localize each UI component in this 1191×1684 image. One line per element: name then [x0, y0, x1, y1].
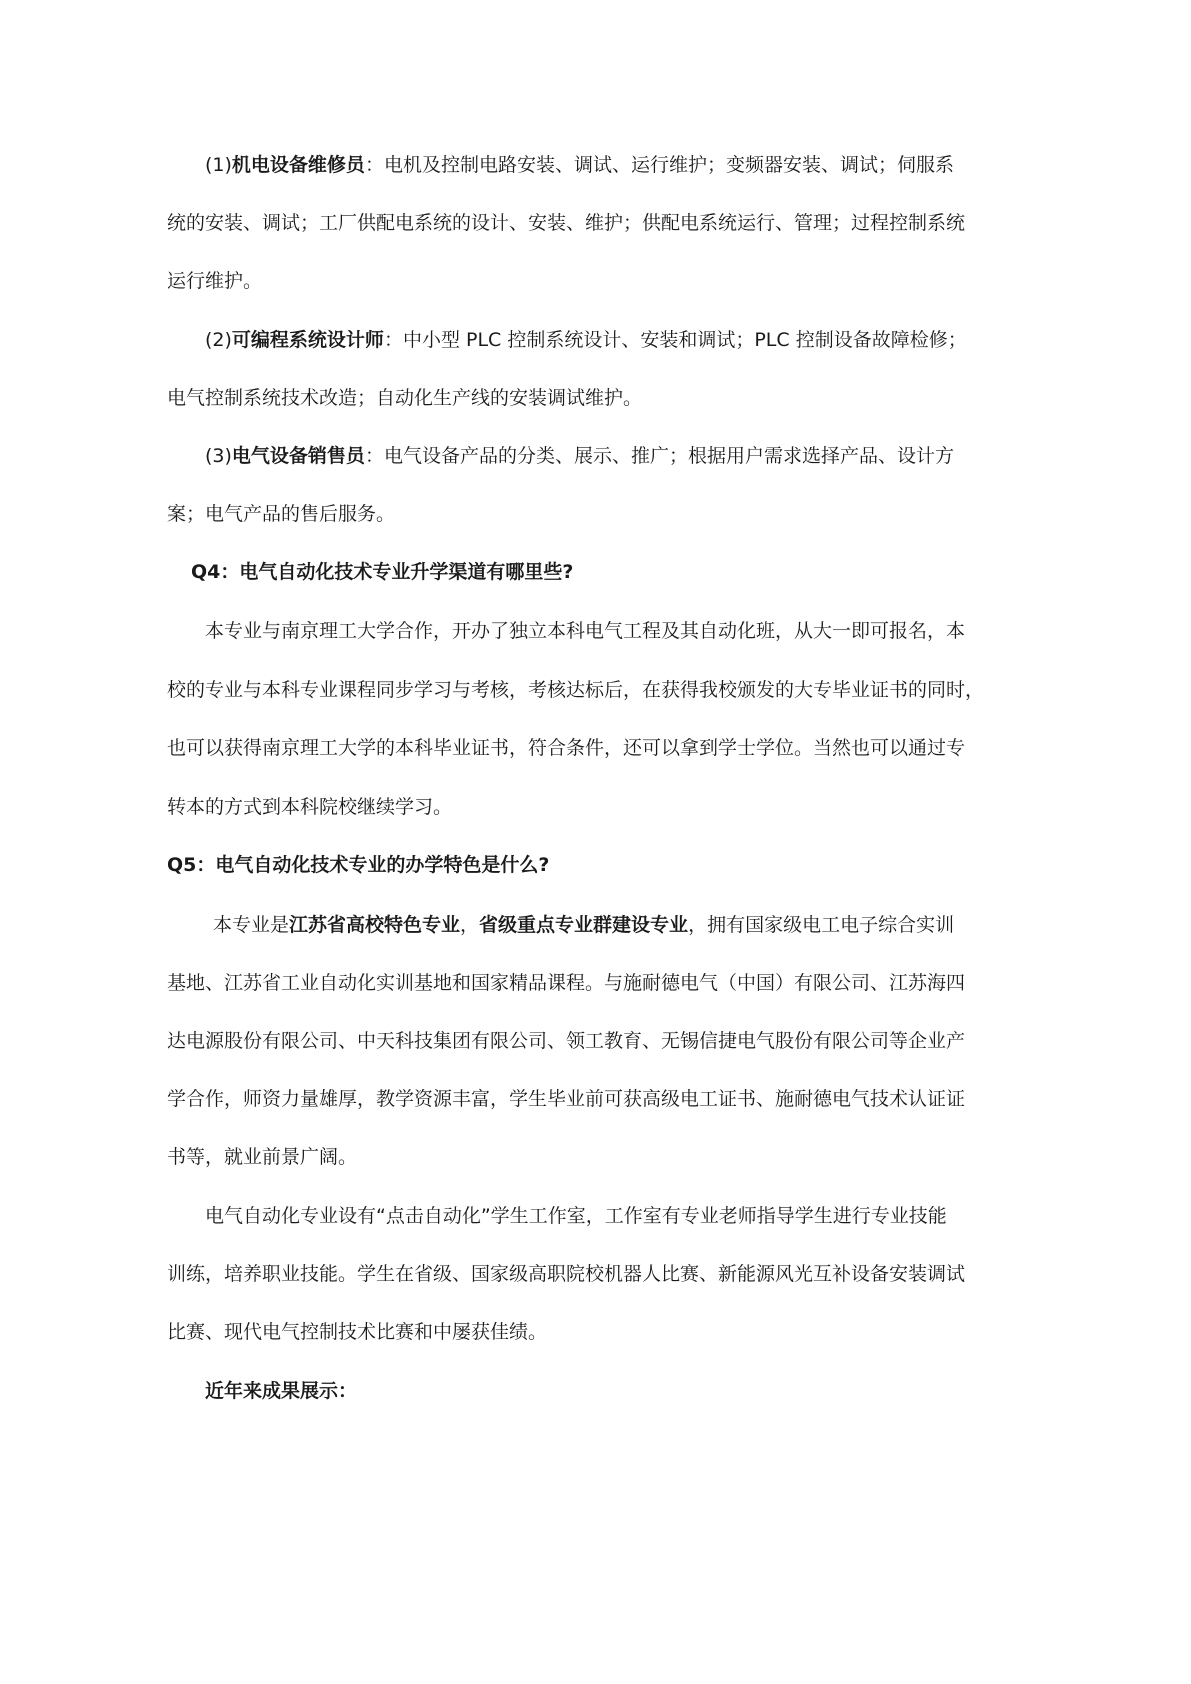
career-item-2-text: 中小型 PLC 控制系统设计、安装和调试；PLC 控制设备故障检修； [403, 329, 967, 351]
career-item-1-title: 机电设备维修员 [232, 154, 365, 176]
career-item-1-line-3: 运行维护。 [167, 268, 262, 294]
career-item-2-number: (2) [205, 329, 232, 351]
career-item-1-line-1: (1)机电设备维修员：电机及控制电路安装、调试、运行维护；变频器安装、调试；伺服… [167, 152, 942, 178]
q4-paragraph-line-1: 本专业与南京理工大学合作，开办了独立本科电气工程及其自动化班，从大一即可报名，本 [167, 618, 942, 644]
q5-paragraph-1-line-2: 基地、江苏省工业自动化实训基地和国家精品课程。与施耐德电气（中国）有限公司、江苏… [167, 970, 942, 996]
career-item-2-line-1: (2)可编程系统设计师：中小型 PLC 控制系统设计、安装和调试；PLC 控制设… [167, 327, 942, 353]
q5-paragraph-1-line-5: 书等，就业前景广阔。 [167, 1144, 357, 1170]
achievements-heading: 近年来成果展示： [167, 1378, 357, 1404]
q5-paragraph-2-line-3: 比赛、现代电气控制技术比赛和中屡获佳绩。 [167, 1319, 547, 1345]
career-item-1-number: (1) [205, 154, 232, 176]
career-item-1-separator: ： [365, 154, 384, 176]
q5-p1-prefix: 本专业是 [213, 914, 289, 936]
q4-paragraph-line-3: 也可以获得南京理工大学的本科毕业证书，符合条件，还可以拿到学士学位。当然也可以通… [167, 735, 942, 761]
q5-heading: Q5：电气自动化技术专业的办学特色是什么? [167, 852, 549, 878]
q4-paragraph-line-4: 转本的方式到本科院校继续学习。 [167, 794, 452, 820]
q5-paragraph-1-line-4: 学合作，师资力量雄厚，教学资源丰富，学生毕业前可获高级电工证书、施耐德电气技术认… [167, 1086, 942, 1112]
career-item-1-line-2: 统的安装、调试；工厂供配电系统的设计、安装、维护；供配电系统运行、管理；过程控制… [167, 210, 942, 236]
q5-paragraph-2-line-1: 电气自动化专业设有“点击自动化”学生工作室，工作室有专业老师指导学生进行专业技能 [167, 1203, 942, 1229]
career-item-3-line-2: 案；电气产品的售后服务。 [167, 501, 395, 527]
q4-heading: Q4：电气自动化技术专业升学渠道有哪里些? [167, 559, 573, 585]
career-item-3-title: 电气设备销售员 [232, 445, 365, 467]
q5-p1-mid: ， [460, 914, 479, 936]
career-item-3-line-1: (3)电气设备销售员：电气设备产品的分类、展示、推广；根据用户需求选择产品、设计… [167, 443, 942, 469]
q5-p1-bold-1: 江苏省高校特色专业 [289, 914, 460, 936]
career-item-1-text: 电机及控制电路安装、调试、运行维护；变频器安装、调试；伺服系 [384, 154, 954, 176]
q5-p1-bold-2: 省级重点专业群建设专业 [479, 914, 688, 936]
q5-paragraph-1-line-3: 达电源股份有限公司、中天科技集团有限公司、领工教育、无锡信捷电气股份有限公司等企… [167, 1028, 942, 1054]
career-item-3-number: (3) [205, 445, 232, 467]
q5-p1-suffix: ，拥有国家级电工电子综合实训 [688, 914, 954, 936]
q5-paragraph-2-line-2: 训练，培养职业技能。学生在省级、国家级高职院校机器人比赛、新能源风光互补设备安装… [167, 1261, 942, 1287]
career-item-2-line-2: 电气控制系统技术改造；自动化生产线的安装调试维护。 [167, 385, 642, 411]
q5-paragraph-1-line-1: 本专业是江苏省高校特色专业，省级重点专业群建设专业，拥有国家级电工电子综合实训 [167, 912, 942, 938]
career-item-2-separator: ： [384, 329, 403, 351]
career-item-3-text: 电气设备产品的分类、展示、推广；根据用户需求选择产品、设计方 [384, 445, 954, 467]
q4-paragraph-line-2: 校的专业与本科专业课程同步学习与考核，考核达标后，在获得我校颁发的大专毕业证书的… [167, 677, 942, 703]
career-item-2-title: 可编程系统设计师 [232, 329, 384, 351]
career-item-3-separator: ： [365, 445, 384, 467]
